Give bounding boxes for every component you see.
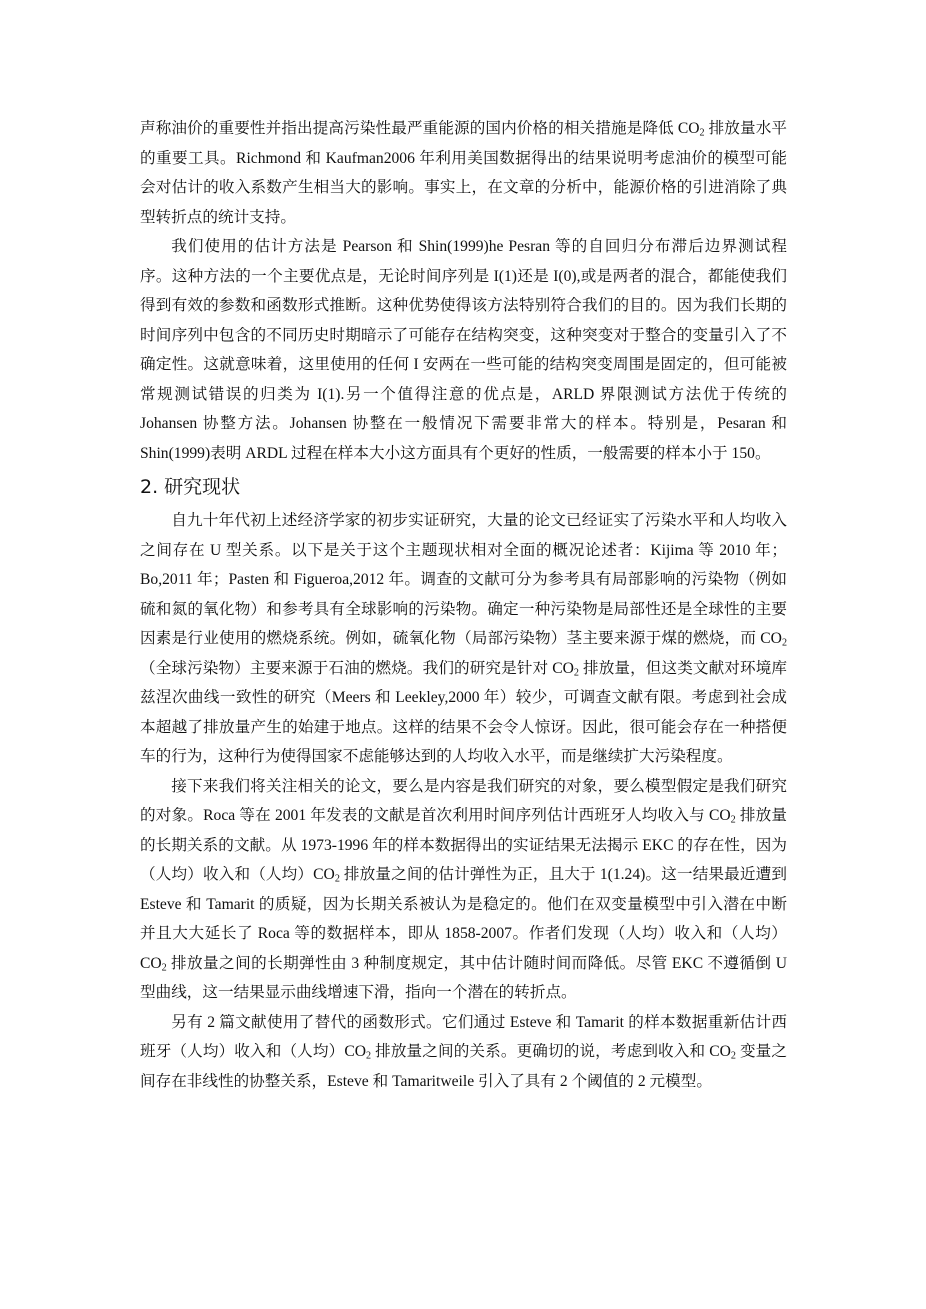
- paragraph-p1: 声称油价的重要性并指出提高污染性最严重能源的国内价格的相关措施是降低 CO2 排…: [140, 114, 787, 232]
- paragraph-p3: 自九十年代初上述经济学家的初步实证研究，大量的论文已经证实了污染水平和人均收入之…: [140, 506, 787, 772]
- paragraph-p2: 我们使用的估计方法是 Pearson 和 Shin(1999)he Pesran…: [140, 232, 787, 468]
- subscript: 2: [782, 638, 787, 649]
- text-run: 排放量之间的长期弹性由 3 种制度规定，其中估计随时间而降低。尽管 EKC 不遵…: [140, 955, 787, 1002]
- text-run: 排放量之间的关系。更确切的说，考虑到收入和 CO: [371, 1043, 731, 1060]
- intro-paragraphs: 声称油价的重要性并指出提高污染性最严重能源的国内价格的相关措施是降低 CO2 排…: [140, 114, 787, 468]
- document-page: 声称油价的重要性并指出提高污染性最严重能源的国内价格的相关措施是降低 CO2 排…: [140, 114, 787, 1096]
- text-run: 自九十年代初上述经济学家的初步实证研究，大量的论文已经证实了污染水平和人均收入之…: [140, 512, 787, 647]
- section-heading: 2. 研究现状: [140, 471, 787, 503]
- paragraph-p5: 另有 2 篇文献使用了替代的函数形式。它们通过 Esteve 和 Tamarit…: [140, 1008, 787, 1097]
- paragraph-p4: 接下来我们将关注相关的论文，要么是内容是我们研究的对象，要么模型假定是我们研究的…: [140, 772, 787, 1008]
- text-run: 我们使用的估计方法是 Pearson 和 Shin(1999)he Pesran…: [140, 238, 787, 462]
- text-run: 声称油价的重要性并指出提高污染性最严重能源的国内价格的相关措施是降低 CO: [140, 120, 700, 137]
- section-paragraphs: 自九十年代初上述经济学家的初步实证研究，大量的论文已经证实了污染水平和人均收入之…: [140, 506, 787, 1096]
- text-run: （全球污染物）主要来源于石油的燃烧。我们的研究是针对 CO: [140, 660, 574, 677]
- text-run: 接下来我们将关注相关的论文，要么是内容是我们研究的对象，要么模型假定是我们研究的…: [140, 778, 787, 825]
